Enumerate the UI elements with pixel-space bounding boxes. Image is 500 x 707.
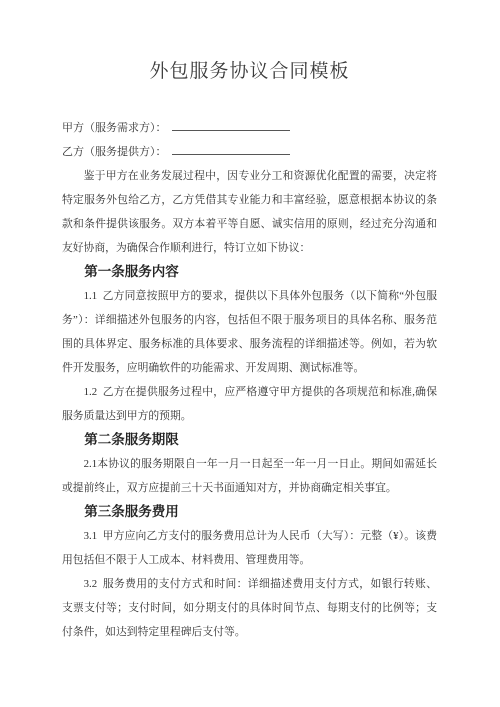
party-a-blank-line bbox=[172, 118, 290, 131]
section-3-paragraph-3-1: 3.1 甲方应向乙方支付的服务费用总计为人民币（大写）：元整（¥）。该费用包括但… bbox=[62, 524, 437, 572]
party-b-blank-line bbox=[172, 142, 290, 155]
section-3-heading: 第三条服务费用 bbox=[62, 500, 437, 524]
party-b-line: 乙方（服务提供方）： bbox=[62, 140, 437, 164]
document-title: 外包服务协议合同模板 bbox=[62, 58, 437, 86]
section-3-paragraph-3-2: 3.2 服务费用的支付方式和时间：详细描述费用支付方式，如银行转账、支票支付等；… bbox=[62, 572, 437, 644]
section-2-paragraph-2-1: 2.1本协议的服务期限自一年一月一日起至一年一月一日止。期间如需延长或提前终止，… bbox=[62, 452, 437, 500]
party-b-label: 乙方（服务提供方）： bbox=[62, 146, 167, 158]
party-a-line: 甲方（服务需求方）： bbox=[62, 116, 437, 140]
section-1-paragraph-1-1: 1.1 乙方同意按照甲方的要求，提供以下具体外包服务（以下简称“外包服务”）：详… bbox=[62, 284, 437, 380]
section-1-heading: 第一条服务内容 bbox=[62, 260, 437, 284]
section-2-heading: 第二条服务期限 bbox=[62, 428, 437, 452]
party-block: 甲方（服务需求方）： 乙方（服务提供方）： bbox=[62, 116, 437, 164]
preamble-paragraph: 鉴于甲方在业务发展过程中，因专业分工和资源优化配置的需要，决定将特定服务外包给乙… bbox=[62, 164, 437, 260]
contract-document-page: 外包服务协议合同模板 甲方（服务需求方）： 乙方（服务提供方）： 鉴于甲方在业务… bbox=[0, 0, 500, 707]
section-1-paragraph-1-2: 1.2 乙方在提供服务过程中，应严格遵守甲方提供的各项规范和标准,确保服务质量达… bbox=[62, 380, 437, 428]
party-a-label: 甲方（服务需求方）： bbox=[62, 122, 167, 134]
